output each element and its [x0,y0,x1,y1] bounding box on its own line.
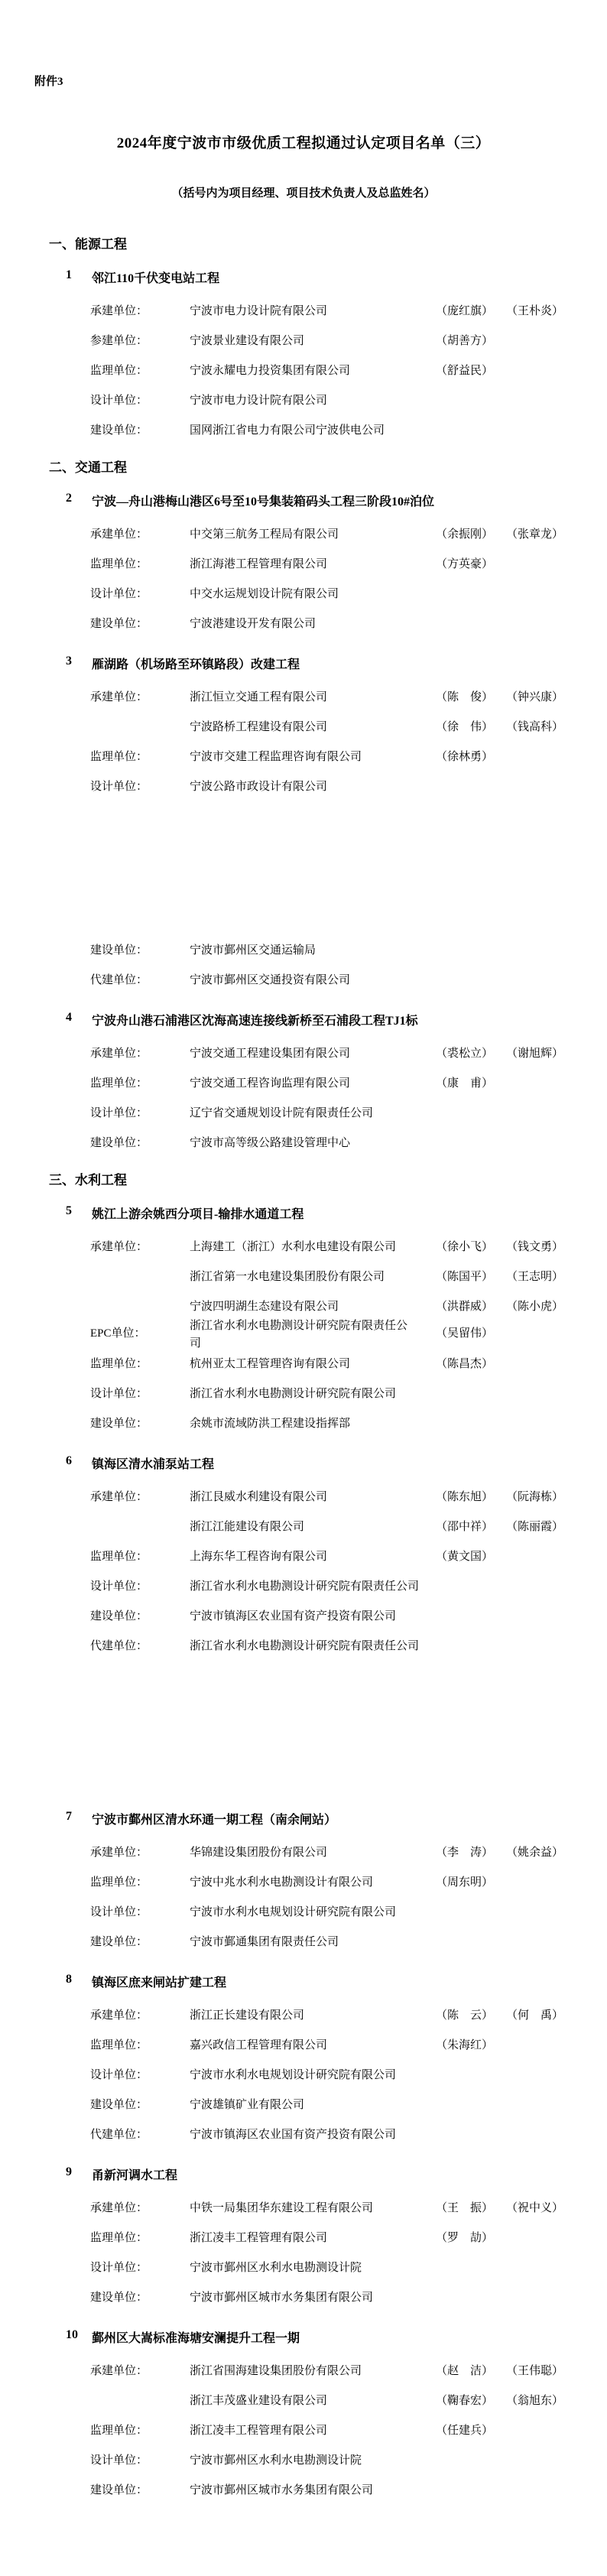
company-name: 嘉兴政信工程管理有限公司 [190,2038,327,2053]
section-heading: 三、水利工程 [49,1169,127,1188]
unit-type-label: 监理单位： [90,2230,148,2246]
unit-type-label: 建设单位： [90,1135,148,1151]
company-name: 宁波交通工程建设集团有限公司 [190,1046,350,1061]
person-name-1: （裘松立） [436,1046,493,1061]
unit-row: 设计单位：宁波市水利水电规划设计研究院有限公司 [0,1905,607,1934]
company-name: 国网浙江省电力有限公司宁波供电公司 [190,423,385,438]
person-name-2: （姚余益） [506,1845,563,1860]
company-name: 华锦建设集团股份有限公司 [190,1845,327,1860]
person-name-2: （祝中义） [506,2201,563,2216]
unit-type-label: 建设单位： [90,616,148,632]
project-title: 镇海区清水浦泵站工程 [92,1454,214,1472]
unit-row: 承建单位：宁波交通工程建设集团有限公司（裘松立）（谢旭辉） [0,1046,607,1076]
unit-type-label: 设计单位： [90,393,148,408]
unit-row: 建设单位：宁波市鄞州区城市水务集团有限公司 [0,2483,607,2513]
unit-row: 承建单位：华锦建设集团股份有限公司（李 涛）（姚余益） [0,1845,607,1875]
unit-type-label: 设计单位： [90,1905,148,1920]
unit-type-label: 监理单位： [90,1356,148,1372]
unit-type-label: 建设单位： [90,2290,148,2305]
person-name-1: （陈昌杰） [436,1356,493,1372]
unit-type-label: 监理单位： [90,1549,148,1564]
unit-row: 建设单位：宁波市鄞州区交通运输局 [0,943,607,973]
person-name-1: （黄文国） [436,1549,493,1564]
company-name: 浙江江能建设有限公司 [190,1519,304,1535]
company-name: 宁波市镇海区农业国有资产投资有限公司 [190,2127,396,2142]
company-name: 宁波市镇海区农业国有资产投资有限公司 [190,1609,396,1624]
project-number: 5 [66,1204,87,1218]
company-name: 浙江凌丰工程管理有限公司 [190,2230,327,2246]
project-title: 雁湖路（机场路至环镇路段）改建工程 [92,655,300,672]
person-name-1: （胡善方） [436,333,493,349]
unit-type-label: 承建单位： [90,2008,148,2023]
unit-type-label: 监理单位： [90,1076,148,1091]
person-name-1: （赵 洁） [436,2363,493,2379]
unit-row: 设计单位：宁波公路市政设计有限公司 [0,779,607,809]
company-name: 浙江恒立交通工程有限公司 [190,690,327,705]
unit-type-label: 设计单位： [90,1386,148,1402]
person-name-1: （罗 劼） [436,2230,493,2246]
unit-row: 建设单位：国网浙江省电力有限公司宁波供电公司 [0,423,607,453]
document-page: 附件3 2024年度宁波市市级优质工程拟通过认定项目名单（三） （括号内为项目经… [0,0,607,2576]
unit-type-label: 承建单位： [90,2201,148,2216]
company-name: 宁波市鄞通集团有限责任公司 [190,1934,339,1950]
unit-type-label: 代建单位： [90,1639,148,1654]
project-number: 1 [66,268,87,282]
project-number: 9 [66,2165,87,2179]
unit-row: 浙江省第一水电建设集团股份有限公司（陈国平）（王志明） [0,1269,607,1299]
unit-row: 建设单位：宁波港建设开发有限公司 [0,616,607,646]
unit-row: 承建单位：浙江省围海建设集团股份有限公司（赵 洁）（王伟聪） [0,2363,607,2393]
company-name: 浙江省水利水电勘测设计研究院有限责任公司 [190,1639,419,1654]
unit-type-label: EPC单位： [90,1326,146,1341]
company-name: 宁波交通工程咨询监理有限公司 [190,1076,350,1091]
unit-row: 设计单位：宁波市鄞州区水利水电勘测设计院 [0,2260,607,2290]
unit-row: 建设单位：宁波市鄞州区城市水务集团有限公司 [0,2290,607,2320]
company-name: 浙江省围海建设集团股份有限公司 [190,2363,362,2379]
company-name: 宁波公路市政设计有限公司 [190,779,327,794]
company-name: 宁波雄镇矿业有限公司 [190,2097,304,2113]
unit-row: EPC单位：浙江省水利水电勘测设计研究院有限责任公司（吴留伟） [0,1317,607,1347]
person-name-2: （何 禹） [506,2008,563,2023]
unit-row: 监理单位：上海东华工程咨询有限公司（黄文国） [0,1549,607,1579]
person-name-1: （周东明） [436,1875,493,1890]
project-number: 8 [66,1973,87,1986]
person-name-1: （洪群威） [436,1299,493,1314]
unit-row: 代建单位：浙江省水利水电勘测设计研究院有限责任公司 [0,1639,607,1668]
unit-row: 宁波路桥工程建设有限公司（徐 伟）（钱高科） [0,720,607,749]
company-name: 浙江艮威水利建设有限公司 [190,1489,327,1505]
unit-type-label: 承建单位： [90,1489,148,1505]
person-name-2: （阮海栋） [506,1489,563,1505]
unit-row: 监理单位：宁波交通工程咨询监理有限公司（康 甫） [0,1076,607,1106]
person-name-2: （王伟聪） [506,2363,563,2379]
person-name-2: （张章龙） [506,527,563,542]
person-name-1: （王 振） [436,2201,493,2216]
person-name-1: （余振刚） [436,527,493,542]
person-name-1: （李 涛） [436,1845,493,1860]
company-name: 宁波景业建设有限公司 [190,333,304,349]
unit-type-label: 监理单位： [90,1875,148,1890]
unit-row: 设计单位：中交水运规划设计院有限公司 [0,586,607,616]
unit-type-label: 监理单位： [90,557,148,572]
unit-type-label: 监理单位： [90,363,148,378]
person-name-1: （陈 俊） [436,690,493,705]
unit-type-label: 建设单位： [90,943,148,958]
unit-type-label: 建设单位： [90,2097,148,2113]
unit-type-label: 承建单位： [90,1046,148,1061]
person-name-1: （康 甫） [436,1076,493,1091]
unit-type-label: 监理单位： [90,2038,148,2053]
unit-row: 监理单位：杭州亚太工程管理咨询有限公司（陈昌杰） [0,1356,607,1386]
unit-type-label: 承建单位： [90,1845,148,1860]
document-subtitle: （括号内为项目经理、项目技术负责人及总监姓名） [0,184,607,200]
person-name-1: （陈东旭） [436,1489,493,1505]
unit-row: 建设单位：宁波市镇海区农业国有资产投资有限公司 [0,1609,607,1639]
project-title: 邻江110千伏变电站工程 [92,268,219,286]
unit-type-label: 参建单位： [90,333,148,349]
person-name-2: （王朴炎） [506,304,563,319]
unit-type-label: 代建单位： [90,2127,148,2142]
company-name: 上海东华工程咨询有限公司 [190,1549,327,1564]
person-name-2: （翁旭东） [506,2393,563,2409]
unit-row: 浙江丰茂盛业建设有限公司（鞠春宏）（翁旭东） [0,2393,607,2423]
company-name: 浙江省水利水电勘测设计研究院有限责任公司 [190,1317,413,1353]
unit-row: 建设单位：宁波雄镇矿业有限公司 [0,2097,607,2127]
person-name-1: （鞠春宏） [436,2393,493,2409]
section-heading: 二、交通工程 [49,456,127,476]
person-name-2: （陈小虎） [506,1299,563,1314]
person-name-1: （徐林勇） [436,749,493,765]
unit-type-label: 建设单位： [90,2483,148,2498]
project-title: 宁波舟山港石浦港区沈海高速连接线新桥至石浦段工程TJ1标 [92,1011,418,1028]
unit-row: 浙江江能建设有限公司（邵中祥）（陈丽霞） [0,1519,607,1549]
project-title: 甬新河调水工程 [92,2165,177,2183]
company-name: 中交第三航务工程局有限公司 [190,527,339,542]
unit-row: 设计单位：浙江省水利水电勘测设计研究院有限公司 [0,1386,607,1416]
unit-row: 承建单位：浙江正长建设有限公司（陈 云）（何 禹） [0,2008,607,2038]
unit-row: 设计单位：浙江省水利水电勘测设计研究院有限责任公司 [0,1579,607,1609]
person-name-1: （邵中祥） [436,1519,493,1535]
unit-row: 代建单位：宁波市镇海区农业国有资产投资有限公司 [0,2127,607,2157]
company-name: 浙江凌丰工程管理有限公司 [190,2423,327,2438]
unit-row: 参建单位：宁波景业建设有限公司（胡善方） [0,333,607,363]
company-name: 宁波中兆水利水电勘测设计有限公司 [190,1875,373,1890]
project-title: 鄞州区大嵩标准海塘安澜提升工程一期 [92,2328,300,2346]
company-name: 上海建工（浙江）水利水电建设有限公司 [190,1239,396,1255]
unit-row: 设计单位：辽宁省交通规划设计院有限责任公司 [0,1106,607,1135]
company-name: 宁波市电力设计院有限公司 [190,393,327,408]
unit-type-label: 承建单位： [90,1239,148,1255]
unit-type-label: 建设单位： [90,1934,148,1950]
company-name: 浙江正长建设有限公司 [190,2008,304,2023]
person-name-1: （陈国平） [436,1269,493,1285]
unit-type-label: 设计单位： [90,586,148,602]
company-name: 宁波市高等级公路建设管理中心 [190,1135,350,1151]
project-number: 4 [66,1011,87,1025]
person-name-1: （舒益民） [436,363,493,378]
company-name: 辽宁省交通规划设计院有限责任公司 [190,1106,373,1121]
person-name-1: （任建兵） [436,2423,493,2438]
unit-row: 监理单位：宁波中兆水利水电勘测设计有限公司（周东明） [0,1875,607,1905]
unit-row: 承建单位：浙江艮威水利建设有限公司（陈东旭）（阮海栋） [0,1489,607,1519]
unit-row: 建设单位：余姚市流域防洪工程建设指挥部 [0,1416,607,1446]
person-name-1: （徐小飞） [436,1239,493,1255]
unit-row: 监理单位：嘉兴政信工程管理有限公司（朱海红） [0,2038,607,2068]
unit-type-label: 设计单位： [90,2260,148,2276]
unit-row: 承建单位：中交第三航务工程局有限公司（余振刚）（张章龙） [0,527,607,557]
company-name: 浙江省水利水电勘测设计研究院有限责任公司 [190,1579,419,1594]
company-name: 中铁一局集团华东建设工程有限公司 [190,2201,373,2216]
company-name: 浙江省水利水电勘测设计研究院有限公司 [190,1386,396,1402]
unit-row: 承建单位：宁波市电力设计院有限公司（庞红旗）（王朴炎） [0,304,607,333]
company-name: 宁波市鄞州区水利水电勘测设计院 [190,2453,362,2468]
person-name-2: （谢旭辉） [506,1046,563,1061]
project-title: 姚江上游余姚西分项目-输排水通道工程 [92,1204,303,1222]
unit-type-label: 承建单位： [90,2363,148,2379]
unit-type-label: 建设单位： [90,423,148,438]
company-name: 宁波市鄞州区城市水务集团有限公司 [190,2290,373,2305]
project-title: 宁波—舟山港梅山港区6号至10号集装箱码头工程三阶段10#泊位 [92,492,434,509]
person-name-1: （庞红旗） [436,304,493,319]
unit-type-label: 设计单位： [90,1106,148,1121]
company-name: 宁波市水利水电规划设计研究院有限公司 [190,1905,396,1920]
unit-type-label: 承建单位： [90,304,148,319]
unit-row: 建设单位：宁波市高等级公路建设管理中心 [0,1135,607,1165]
project-title: 宁波市鄞州区清水环通一期工程（南余闸站） [92,1810,336,1827]
unit-type-label: 设计单位： [90,1579,148,1594]
unit-row: 监理单位：宁波永耀电力投资集团有限公司（舒益民） [0,363,607,393]
person-name-2: （陈丽霞） [506,1519,563,1535]
person-name-1: （朱海红） [436,2038,493,2053]
document-title: 2024年度宁波市市级优质工程拟通过认定项目名单（三） [0,132,607,152]
person-name-2: （钟兴康） [506,690,563,705]
unit-type-label: 监理单位： [90,2423,148,2438]
unit-type-label: 监理单位： [90,749,148,765]
unit-row: 监理单位：浙江凌丰工程管理有限公司（罗 劼） [0,2230,607,2260]
unit-type-label: 代建单位： [90,973,148,988]
company-name: 宁波市鄞州区交通运输局 [190,943,316,958]
person-name-1: （吴留伟） [436,1326,493,1341]
unit-type-label: 建设单位： [90,1416,148,1431]
attachment-label: 附件3 [34,73,63,89]
unit-type-label: 承建单位： [90,527,148,542]
unit-row: 承建单位：上海建工（浙江）水利水电建设有限公司（徐小飞）（钱文勇） [0,1239,607,1269]
unit-row: 监理单位：浙江凌丰工程管理有限公司（任建兵） [0,2423,607,2453]
company-name: 浙江省第一水电建设集团股份有限公司 [190,1269,385,1285]
unit-row: 承建单位：中铁一局集团华东建设工程有限公司（王 振）（祝中义） [0,2201,607,2230]
person-name-1: （陈 云） [436,2008,493,2023]
project-number: 6 [66,1454,87,1468]
company-name: 浙江丰茂盛业建设有限公司 [190,2393,327,2409]
unit-row: 代建单位：宁波市鄞州区交通投资有限公司 [0,973,607,1002]
unit-type-label: 建设单位： [90,1609,148,1624]
unit-row: 设计单位：宁波市水利水电规划设计研究院有限公司 [0,2068,607,2097]
section-heading: 一、能源工程 [49,233,127,252]
company-name: 余姚市流域防洪工程建设指挥部 [190,1416,350,1431]
company-name: 中交水运规划设计院有限公司 [190,586,339,602]
unit-type-label: 设计单位： [90,779,148,794]
unit-row: 设计单位：宁波市鄞州区水利水电勘测设计院 [0,2453,607,2483]
company-name: 宁波市鄞州区城市水务集团有限公司 [190,2483,373,2498]
company-name: 宁波永耀电力投资集团有限公司 [190,363,350,378]
company-name: 宁波市电力设计院有限公司 [190,304,327,319]
person-name-1: （徐 伟） [436,720,493,735]
company-name: 杭州亚太工程管理咨询有限公司 [190,1356,350,1372]
unit-row: 监理单位：浙江海港工程管理有限公司（方英豪） [0,557,607,586]
unit-type-label: 承建单位： [90,690,148,705]
company-name: 宁波四明湖生态建设有限公司 [190,1299,339,1314]
project-title: 镇海区庶来闸站扩建工程 [92,1973,226,1990]
unit-type-label: 设计单位： [90,2068,148,2083]
company-name: 宁波市鄞州区交通投资有限公司 [190,973,350,988]
unit-row: 建设单位：宁波市鄞通集团有限责任公司 [0,1934,607,1964]
person-name-1: （方英豪） [436,557,493,572]
company-name: 宁波路桥工程建设有限公司 [190,720,327,735]
unit-row: 监理单位：宁波市交建工程监理咨询有限公司（徐林勇） [0,749,607,779]
company-name: 宁波港建设开发有限公司 [190,616,316,632]
person-name-2: （钱高科） [506,720,563,735]
project-number: 10 [66,2328,87,2342]
person-name-2: （钱文勇） [506,1239,563,1255]
project-number: 3 [66,655,87,668]
company-name: 宁波市交建工程监理咨询有限公司 [190,749,362,765]
unit-row: 承建单位：浙江恒立交通工程有限公司（陈 俊）（钟兴康） [0,690,607,720]
person-name-2: （王志明） [506,1269,563,1285]
project-number: 2 [66,492,87,505]
project-number: 7 [66,1810,87,1824]
company-name: 浙江海港工程管理有限公司 [190,557,327,572]
unit-type-label: 设计单位： [90,2453,148,2468]
unit-row: 设计单位：宁波市电力设计院有限公司 [0,393,607,423]
company-name: 宁波市水利水电规划设计研究院有限公司 [190,2068,396,2083]
company-name: 宁波市鄞州区水利水电勘测设计院 [190,2260,362,2276]
